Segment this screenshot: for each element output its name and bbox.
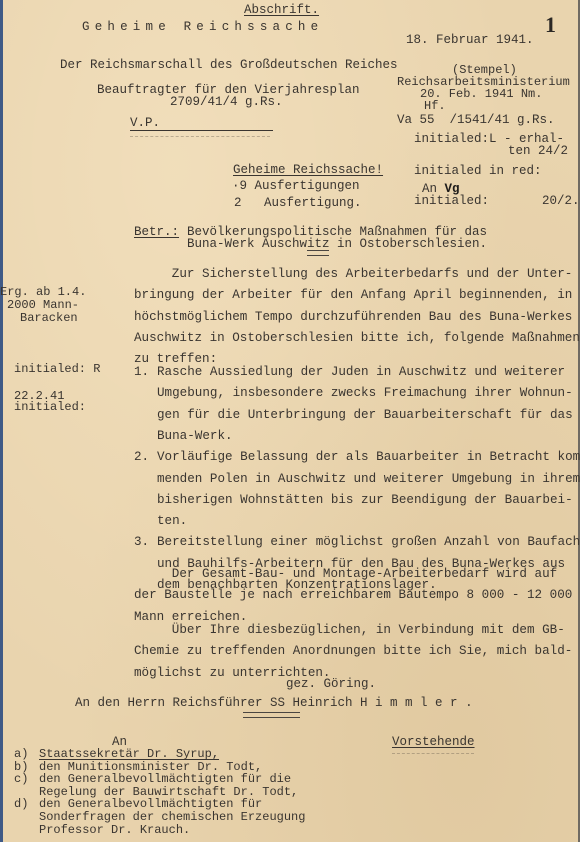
copies-total: ·9 Ausfertigungen (232, 179, 360, 193)
scan-edge-left (0, 0, 3, 842)
auschwitz-double-underline (307, 250, 329, 256)
classification-header: Geheime Reichssache (82, 20, 323, 34)
addressee-line: An den Herrn Reichsführer SS Heinrich H … (75, 696, 473, 710)
measure-number: 3. (134, 532, 149, 554)
faint-rule-right (392, 753, 474, 754)
faint-rule (130, 136, 270, 137)
subject-label: Betr.: (134, 225, 179, 239)
himmler-double-underline (243, 712, 300, 718)
sender-reference: 2709/41/4 g.Rs. (170, 95, 283, 109)
stamp-initialed-red: initialed in red: (414, 164, 542, 178)
demand-line: der Baustelle je nach erreichbarem Baute… (134, 585, 572, 607)
distribution-right-note: Vorstehende (392, 735, 475, 749)
measure-line: Bereitstellung einer möglichst großen An… (157, 532, 580, 554)
measure-line: Buna-Werk. (157, 426, 233, 448)
intro-line: Auschwitz in Ostoberschlesien bitte ich,… (134, 328, 580, 350)
document-date: 18. Februar 1941. (406, 33, 534, 47)
distribution-letter: c) (14, 773, 28, 786)
document-heading: Abschrift. (244, 3, 319, 17)
page-number: 1 (545, 12, 556, 38)
measure-line: menden Polen in Auschwitz und weiterer U… (157, 469, 580, 491)
measure-line: Rasche Aussiedlung der Juden in Auschwit… (157, 362, 565, 384)
vp-mark: V.P. (130, 116, 160, 130)
measure-number: 2. (134, 447, 149, 469)
demand-line: Der Gesamt-Bau- und Montage-Arbeiterbeda… (134, 564, 557, 586)
secrecy-title: Geheime Reichssache! (233, 163, 383, 177)
stamp-file-number: Va 55 /1541/41 g.Rs. (397, 113, 555, 127)
measure-line: Umgebung, insbesondere zwecks Freimachun… (157, 383, 573, 405)
copy-number: 2 Ausfertigung. (234, 196, 362, 210)
margin-note-3: Baracken (20, 312, 78, 325)
measure-line: bisherigen Wohnstätten bis zur Beendigun… (157, 490, 573, 512)
stamp-hf: Hf. (424, 100, 446, 113)
closing-line: Über Ihre diesbezüglichen, in Verbindung… (134, 620, 565, 642)
measure-line: ten. (157, 511, 187, 533)
intro-line: bringung der Arbeiter für den Anfang Apr… (134, 285, 572, 307)
sender-title: Der Reichsmarschall des Großdeutschen Re… (60, 58, 398, 72)
measure-number: 1. (134, 362, 149, 384)
stamp-initialed-date: 20/2. (542, 194, 580, 208)
stamp-initialed-label: initialed: (414, 194, 489, 208)
intro-line: Zur Sicherstellung des Arbeiterbedarfs u… (134, 264, 572, 286)
measure-line: Vorläufige Belassung der als Bauarbeiter… (157, 447, 580, 469)
distribution-recipient: Professor Dr. Krauch. (39, 824, 190, 837)
measure-line: gen für die Unterbringung der Bauarbeite… (157, 405, 573, 427)
intro-line: höchstmöglichem Tempo durchzuführenden B… (134, 307, 572, 329)
signature: gez. Göring. (286, 677, 376, 691)
margin-initialed-r: initialed: R (14, 363, 100, 376)
closing-line: Chemie zu treffenden Anordnungen bitte i… (134, 641, 572, 663)
vp-underline (130, 130, 273, 131)
margin-initialed: initialed: (14, 401, 86, 414)
subject-line-2: Buna-Werk Auschwitz in Ostoberschlesien. (187, 237, 487, 251)
distribution-letter: d) (14, 798, 28, 811)
document-page: Abschrift. Geheime Reichssache 18. Febru… (0, 0, 580, 842)
stamp-received-date-note: ten 24/2 (508, 144, 568, 158)
